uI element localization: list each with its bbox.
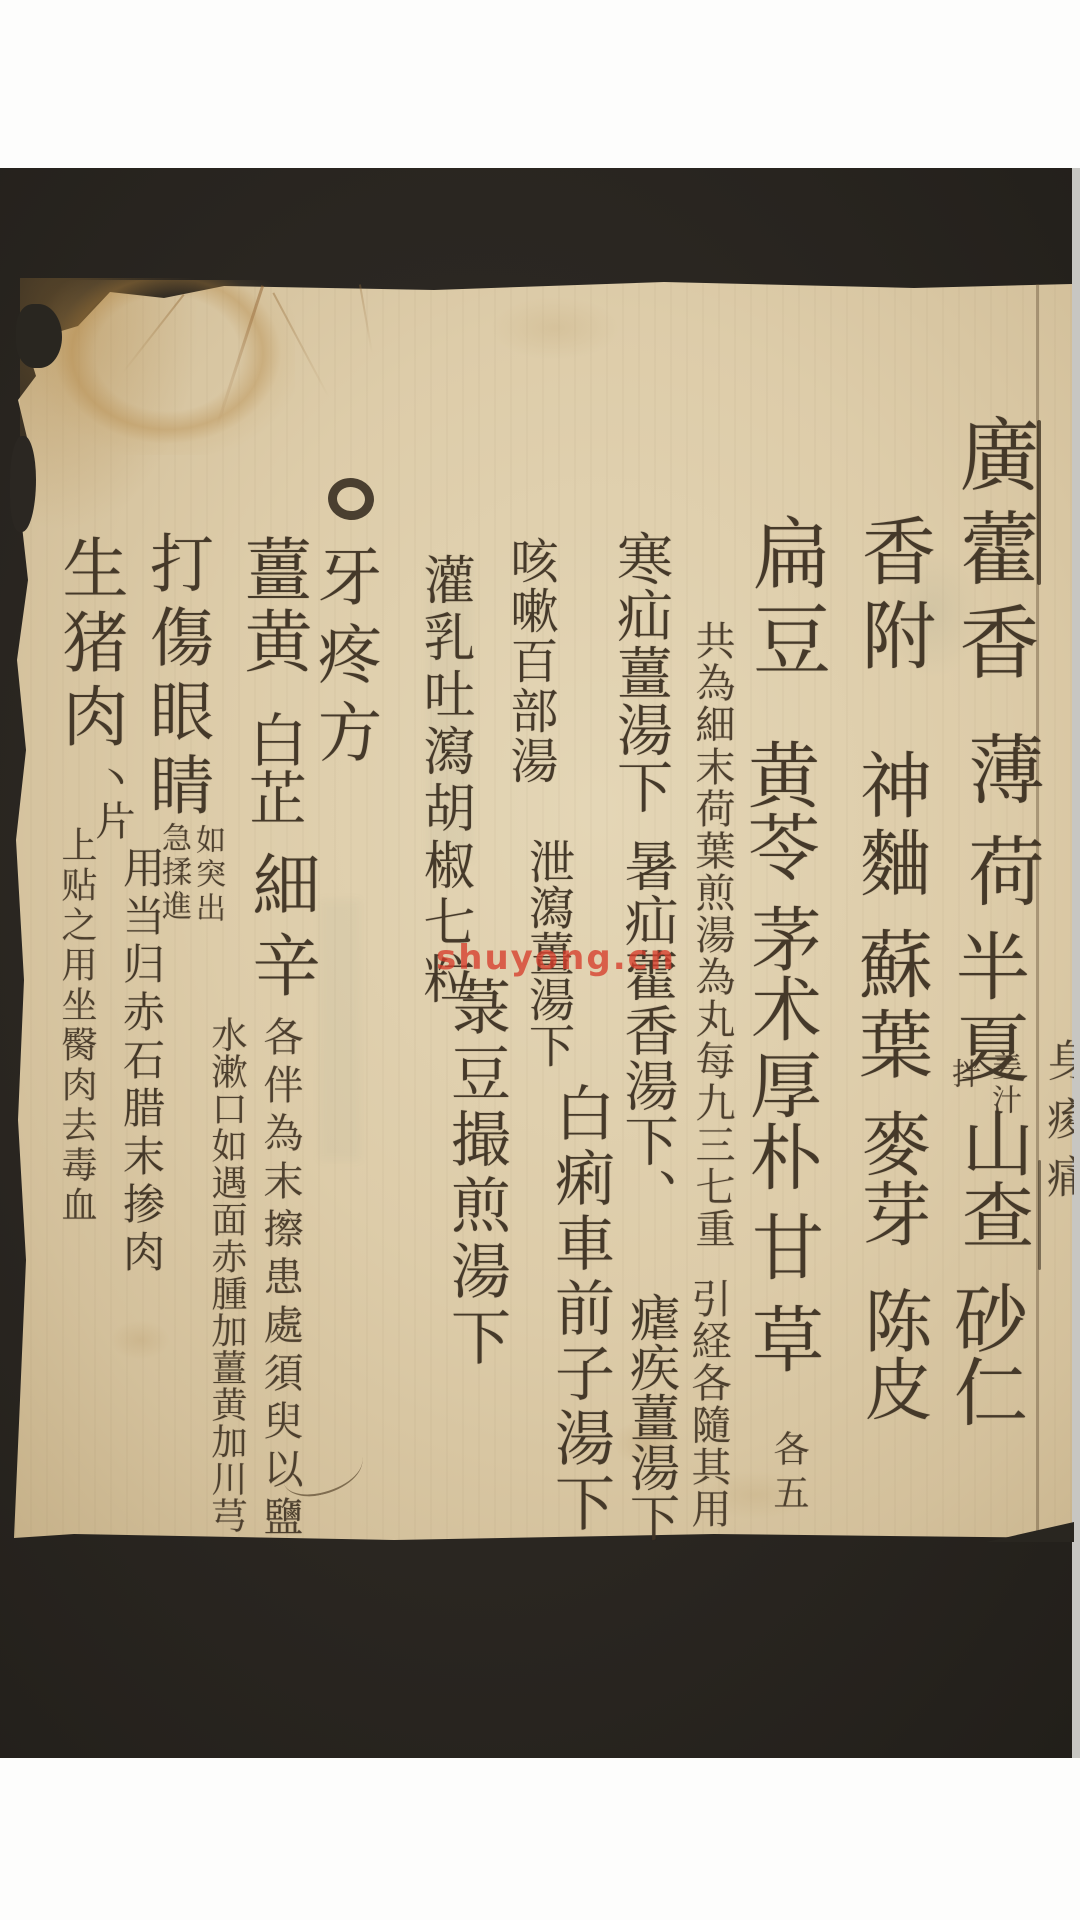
herb-name: 陈皮	[858, 1286, 926, 1422]
usage-instruction: 水漱口如遇面赤腫加薑黄加川芎	[208, 1016, 244, 1534]
herb-name: 茅术	[746, 903, 816, 1043]
herb-name: 甘草	[746, 1210, 818, 1394]
herb-name: 蘇葉	[853, 926, 927, 1086]
fragment-text: 身痠痛	[1042, 1038, 1074, 1212]
corner-stain-ring	[40, 280, 295, 455]
paper-crack	[121, 294, 184, 374]
herb-name: 白芷	[244, 710, 302, 826]
herb-name: 砂仁	[948, 1280, 1022, 1428]
preparation-instruction: 共為細末荷葉煎湯為丸每九三七重	[692, 620, 732, 1250]
paper-crack	[215, 285, 264, 429]
age-spot	[110, 1320, 170, 1360]
herb-name: 薑黄	[238, 534, 306, 678]
page-corner-shadow	[986, 1522, 1074, 1542]
preparation-instruction: 引経各隨其用	[688, 1278, 728, 1530]
adjacent-page-fragment: 身痠痛	[1042, 1038, 1074, 1248]
indication-line: 白痢車前子湯下	[550, 1082, 610, 1537]
page-overlay: 廣藿香 薄荷 半夏 拌 姜汁 山查 砂仁 香附 神麯 蘇葉 麥芽 陈皮 扁豆 黄…	[0, 0, 1080, 1920]
paper-crack	[272, 292, 329, 397]
binding-fold-crack	[1038, 1160, 1041, 1270]
section-circle-marker	[326, 476, 376, 523]
herb-name: 細辛	[246, 850, 314, 1010]
herb-annotation: 拌	[948, 1058, 978, 1088]
herb-name: 山查	[956, 1106, 1028, 1250]
indication-line: 菉豆撮煎湯下	[446, 976, 506, 1372]
herb-name: 厚朴	[744, 1048, 816, 1192]
recipe-ingredient: 丶片	[92, 758, 132, 842]
usage-instruction: 如突出	[192, 824, 222, 926]
usage-instruction: 用当归赤石腊末掺肉	[120, 846, 162, 1278]
herb-name: 廣藿香	[952, 413, 1032, 695]
herb-name: 麥芽	[856, 1108, 926, 1248]
paper-crack	[359, 284, 373, 353]
herb-name: 香附	[856, 513, 930, 681]
recipe-title: 牙疼方	[312, 543, 376, 777]
herb-name: 薄荷	[962, 730, 1038, 934]
herb-name: 扁豆	[746, 513, 824, 685]
age-spot	[490, 296, 620, 360]
usage-instruction: 各伴為末擦患處須臾以鹽	[260, 1016, 300, 1544]
herb-name: 神麯	[854, 748, 926, 904]
dosage-annotation: 各五	[770, 1430, 806, 1518]
ink-showthrough	[320, 900, 360, 1160]
corner-stain-wash	[20, 278, 210, 548]
herb-name: 黄苓	[742, 738, 814, 882]
recipe-ingredient: 生猪肉	[56, 534, 122, 756]
torn-edge-hole	[16, 304, 62, 368]
indication-line: 暑疝藿香湯下、	[620, 838, 674, 1223]
screenshot-canvas: 廣藿香 薄荷 半夏 拌 姜汁 山查 砂仁 香附 神麯 蘇葉 麥芽 陈皮 扁豆 黄…	[0, 0, 1080, 1920]
usage-instruction: 上贴之用坐臋肉去毒血	[58, 826, 94, 1226]
indication-line: 瘧疾薑湯下	[626, 1292, 676, 1542]
indication-line: 寒疝薑湯下	[612, 530, 668, 815]
site-watermark: shuyong.cn	[436, 938, 676, 978]
recipe-title: 打傷眼睛	[144, 530, 208, 826]
torn-edge-hole	[10, 436, 36, 532]
indication-line: 咳嗽百部湯	[506, 536, 554, 786]
